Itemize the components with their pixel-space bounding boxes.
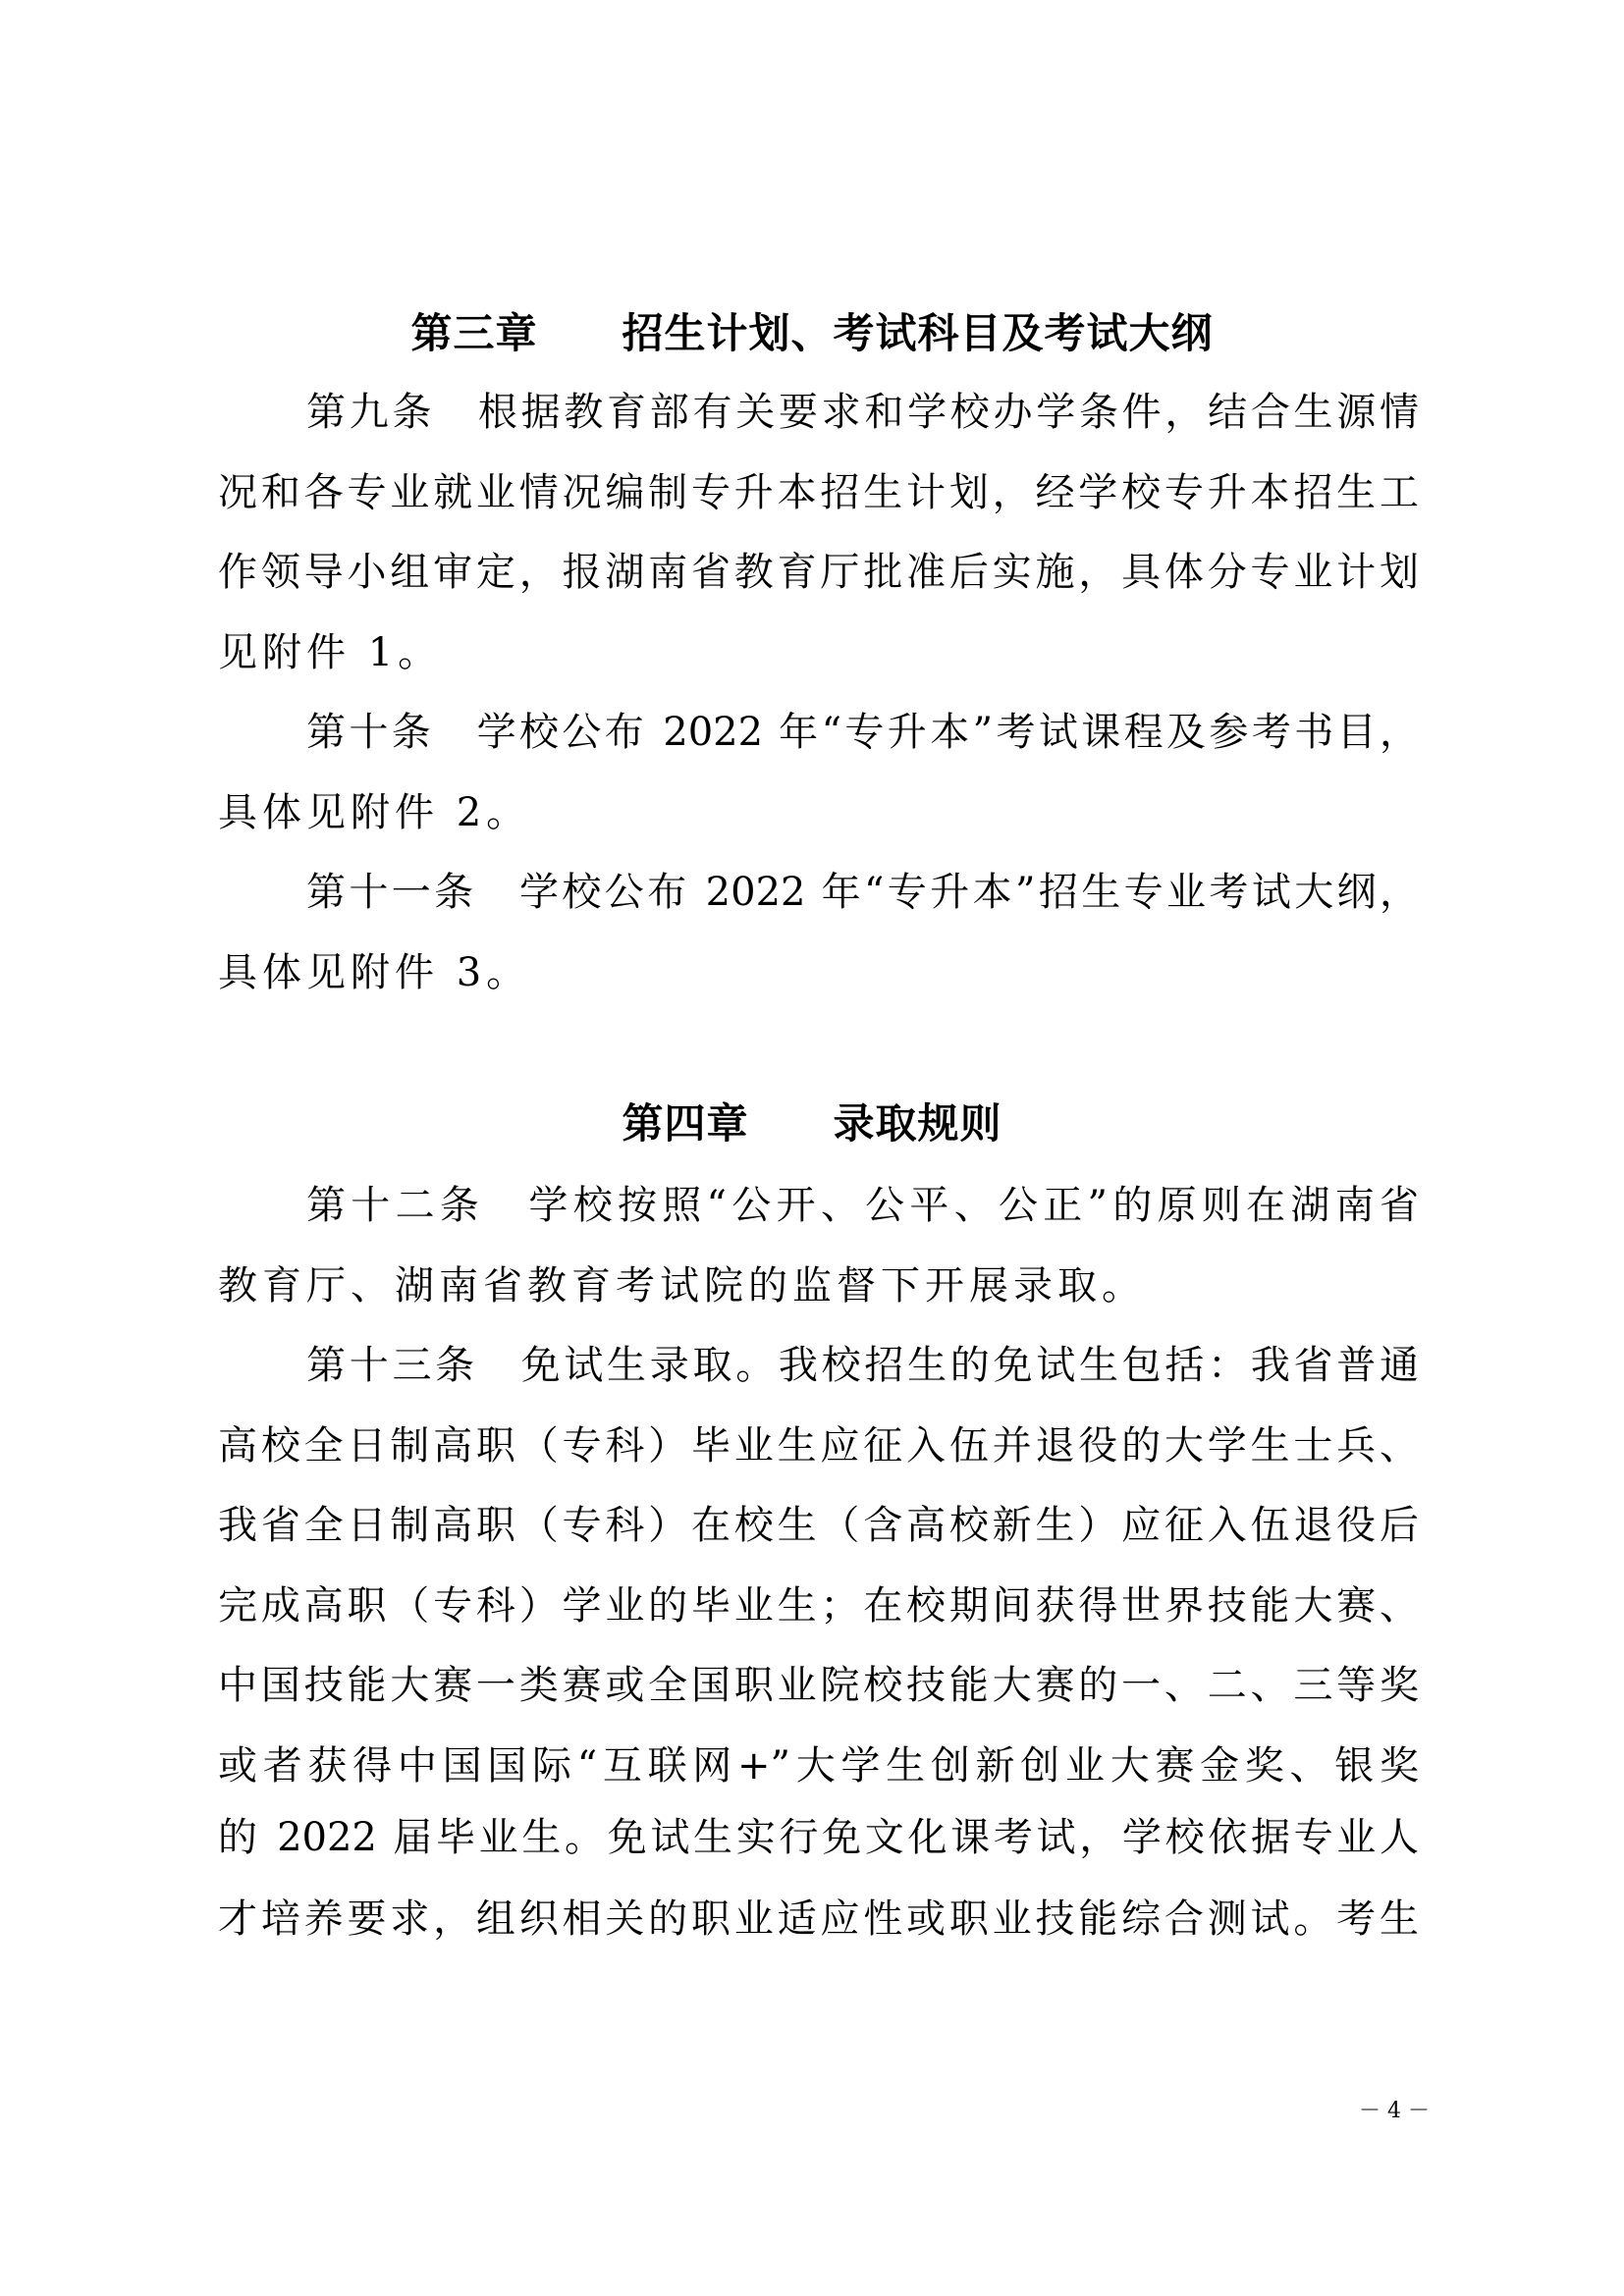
article-9-line-1: 第九条 根据教育部有关要求和学校办学条件，结合生源情 xyxy=(306,389,1419,436)
article-9-line-2: 况和各专业就业情况编制专升本招生计划，经学校专升本招生工 xyxy=(218,469,1419,516)
article-10-line-1: 第十条 学校公布 2022 年“专升本”考试课程及参考书目， xyxy=(306,709,1419,756)
article-13-line-1: 第十三条 免试生录取。我校招生的免试生包括：我省普通 xyxy=(306,1342,1419,1389)
article-13-line-8: 才培养要求，组织相关的职业适应性或职业技能综合测试。考生 xyxy=(218,1896,1419,1943)
article-13-line-3: 我省全日制高职（专科）在校生（含高校新生）应征入伍退役后 xyxy=(218,1502,1419,1549)
article-9-line-4: 见附件 1。 xyxy=(218,629,1419,676)
article-9-line-3: 作领导小组审定，报湖南省教育厅批准后实施，具体分专业计划 xyxy=(218,549,1419,596)
article-13-line-7: 的 2022 届毕业生。免试生实行免文化课考试，学校依据专业人 xyxy=(218,1814,1419,1861)
article-13-line-4: 完成高职（专科）学业的毕业生；在校期间获得世界技能大赛、 xyxy=(218,1582,1419,1629)
article-13-line-2: 高校全日制高职（专科）毕业生应征入伍并退役的大学生士兵、 xyxy=(218,1422,1419,1469)
article-13-line-5: 中国技能大赛一类赛或全国职业院校技能大赛的一、二、三等奖 xyxy=(218,1662,1419,1709)
chapter-4-heading: 第四章 录取规则 xyxy=(0,1100,1624,1148)
article-13-line-6: 或者获得中国国际“互联网+”大学生创新创业大赛金奖、银奖 xyxy=(218,1742,1419,1789)
article-12-line-2: 教育厅、湖南省教育考试院的监督下开展录取。 xyxy=(218,1262,1419,1309)
article-11-line-2: 具体见附件 3。 xyxy=(218,949,1419,996)
article-10-line-2: 具体见附件 2。 xyxy=(218,789,1419,836)
chapter-3-heading: 第三章 招生计划、考试科目及考试大纲 xyxy=(0,310,1624,357)
article-11-line-1: 第十一条 学校公布 2022 年“专升本”招生专业考试大纲， xyxy=(306,869,1419,916)
article-12-line-1: 第十二条 学校按照“公开、公平、公正”的原则在湖南省 xyxy=(306,1182,1419,1229)
document-page: 第三章 招生计划、考试科目及考试大纲 第九条 根据教育部有关要求和学校办学条件，… xyxy=(0,0,1624,2296)
page-number: － 4 － xyxy=(1355,2099,1434,2124)
